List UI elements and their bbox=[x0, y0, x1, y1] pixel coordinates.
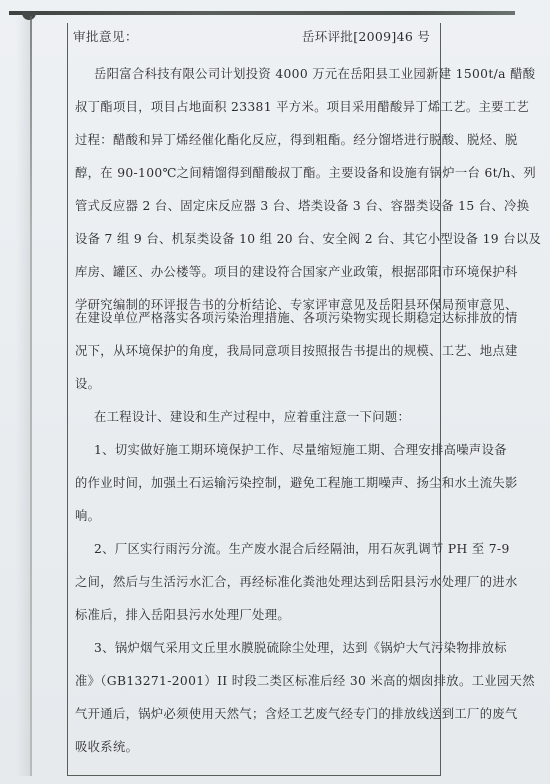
scanned-page: 审批意见： 岳环评批[2009]46 号 岳阳富合科技有限公司计划投资 4000… bbox=[0, 0, 550, 784]
text-line: 在工程设计、建设和生产过程中，应着重注意一下问题： bbox=[94, 409, 410, 425]
text-line: 库房、罐区、办公楼等。项目的建设符合国家产业政策，根据邵阳市环境保护科 bbox=[75, 264, 518, 280]
text-line: 况下，从环境保护的角度，我局同意项目按照报告书提出的规模、工艺、地点建 bbox=[75, 343, 518, 359]
approval-opinion-label: 审批意见： bbox=[73, 27, 138, 45]
page-curl-mark bbox=[22, 12, 36, 20]
text-line: 设备 7 组 9 台、机泵类设备 10 组 20 台、安全阀 2 台、其它小型设… bbox=[75, 231, 541, 247]
text-line: 1、切实做好施工期环境保护工作、尽量缩短施工期、合理安排高噪声设备 bbox=[94, 442, 507, 458]
text-line: 岳阳富合科技有限公司计划投资 4000 万元在岳阳县工业园新建 1500t/a … bbox=[94, 66, 535, 82]
text-line: 气开通后，锅炉必须使用天然气；含烃工艺废气经专门的排放线送到工厂的废气 bbox=[75, 706, 518, 722]
text-line: 2、厂区实行雨污分流。生产废水混合后经隔油，用石灰乳调节 PH 至 7-9 bbox=[94, 541, 510, 557]
text-line: 设。 bbox=[75, 376, 100, 392]
text-line: 3、锅炉烟气采用文丘里水膜脱硫除尘处理，达到《锅炉大气污染物排放标 bbox=[94, 640, 507, 656]
text-line: 过程：醋酸和异丁烯经催化酯化反应，得到粗酯。经分馏塔进行脱酸、脱烃、脱 bbox=[75, 132, 518, 148]
text-line: 准》（GB13271-2001）II 时段二类区标准后经 30 米高的烟囱排放。… bbox=[75, 673, 535, 689]
text-line: 在建设单位严格落实各项污染治理措施、各项污染物实现长期稳定达标排放的情 bbox=[75, 310, 518, 326]
text-line: 之间，然后与生活污水汇合，再经标准化粪池处理达到岳阳县污水处理厂的进水 bbox=[75, 574, 518, 590]
binding-shadow bbox=[16, 16, 30, 776]
text-line: 标准后，排入岳阳县污水处理厂处理。 bbox=[75, 607, 290, 623]
text-line: 管式反应器 2 台、固定床反应器 3 台、塔类设备 3 台、容器类设备 15 台… bbox=[75, 198, 529, 214]
text-line: 叔丁酯项目，项目占地面积 23381 平方米。项目采用醋酸异丁烯工艺。主要工艺 bbox=[75, 99, 529, 115]
text-line: 的作业时间，加强土石运输污染控制，避免工程施工期噪声、扬尘和水土流失影 bbox=[75, 475, 518, 491]
document-number: 岳环评批[2009]46 号 bbox=[302, 27, 430, 45]
text-line: 响。 bbox=[75, 508, 100, 524]
text-line: 吸收系统。 bbox=[75, 739, 138, 755]
binding-edge-line bbox=[30, 16, 32, 776]
text-line: 醇，在 90-100℃之间精馏得到醋酸叔丁酯。主要设备和设施有锅炉一台 6t/h… bbox=[75, 165, 536, 181]
top-border-bar bbox=[9, 11, 515, 15]
